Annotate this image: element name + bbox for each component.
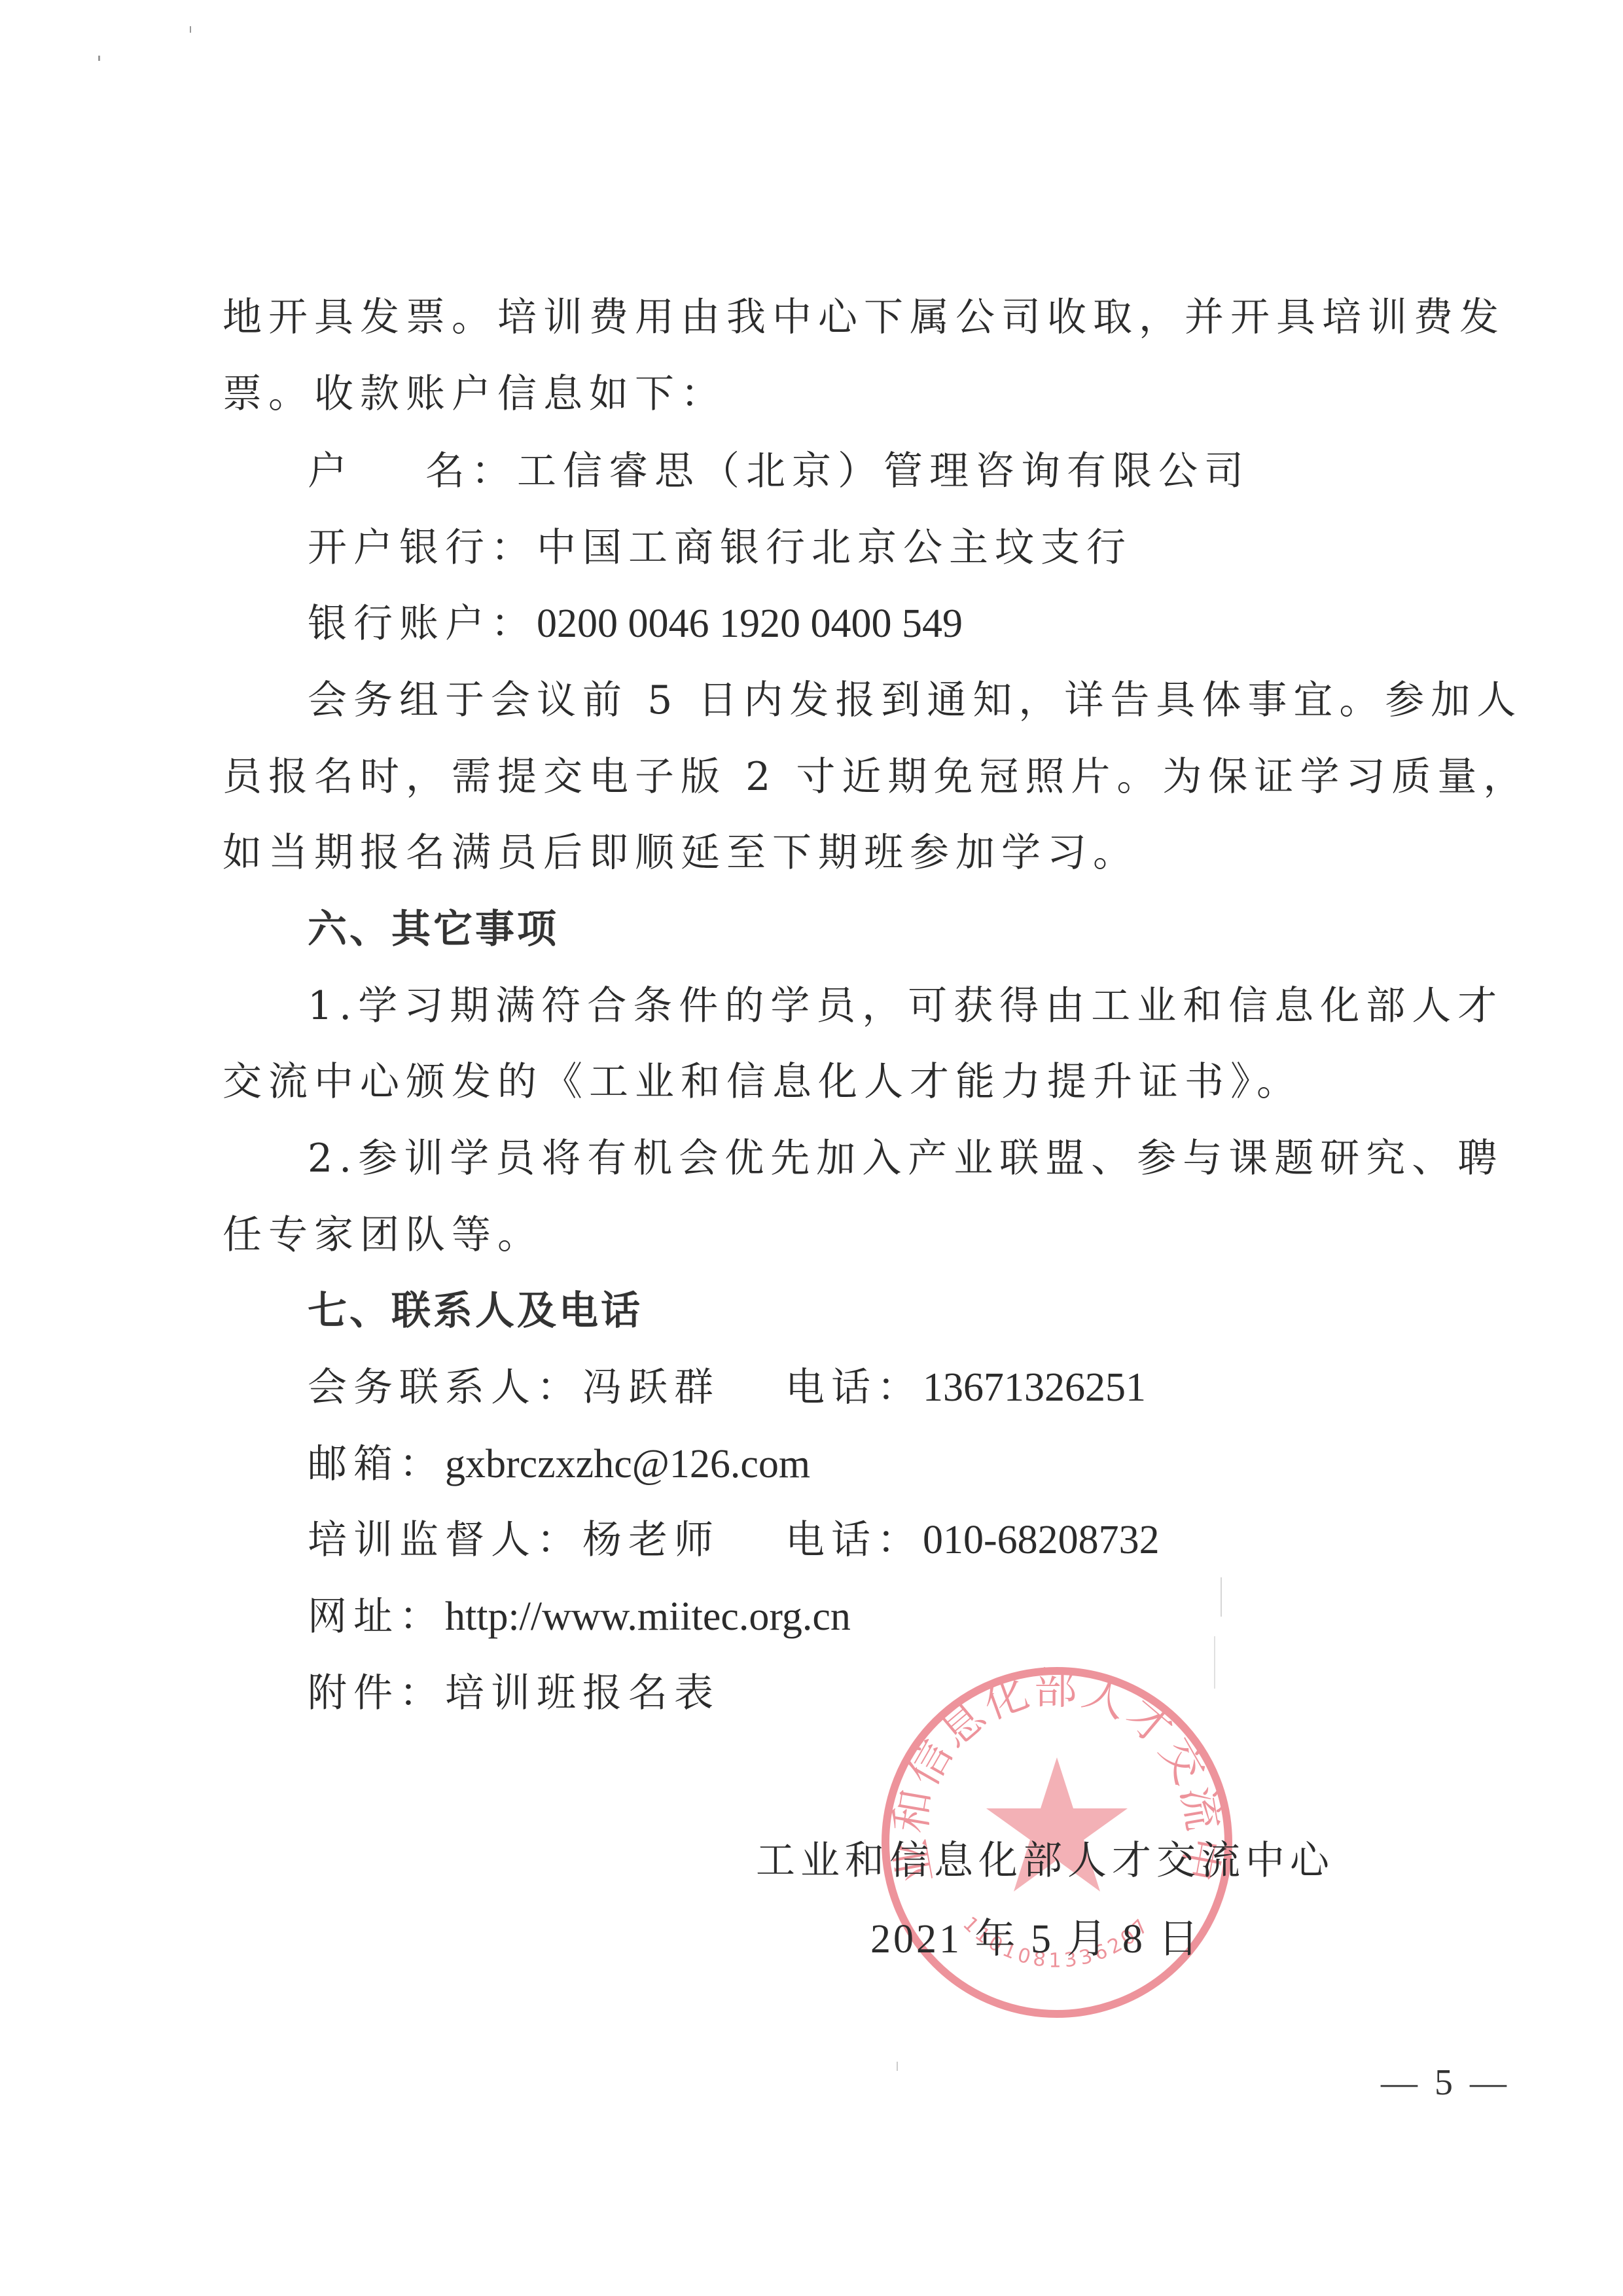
scan-speck bbox=[1214, 1636, 1215, 1689]
page-number: — 5 — bbox=[1381, 2062, 1510, 2104]
paragraph-line: 员报名时，需提交电子版 2 寸近期免冠照片。为保证学习质量， bbox=[223, 757, 1529, 797]
supervisor-row: 培训监督人：杨老师电话：010-68208732 bbox=[308, 1520, 1160, 1560]
attachment-name: 培训班报名表 bbox=[445, 1670, 720, 1716]
account-name-value: 工信睿思（北京）管理咨询有限公司 bbox=[517, 448, 1250, 494]
email-label: 邮箱： bbox=[308, 1441, 445, 1487]
list-item-line: 任专家团队等。 bbox=[223, 1215, 543, 1255]
attachment-row: 附件：培训班报名表 bbox=[308, 1674, 720, 1713]
supervisor-phone: 010-68208732 bbox=[923, 1518, 1160, 1562]
supervisor-label: 培训监督人： bbox=[308, 1517, 582, 1563]
section-heading: 六、其它事项 bbox=[308, 910, 559, 949]
account-number-row: 银行账户：0200 0046 1920 0400 549 bbox=[308, 604, 963, 643]
section-heading: 七、联系人及电话 bbox=[308, 1291, 643, 1331]
bank-row: 开户银行：中国工商银行北京公主坟支行 bbox=[308, 528, 1132, 567]
bank-value: 中国工商银行北京公主坟支行 bbox=[537, 525, 1132, 571]
website-row: 网址：http://www.miitec.org.cn bbox=[308, 1597, 851, 1636]
account-name-label-a: 户 bbox=[308, 448, 353, 494]
email-link[interactable]: gxbrczxzhc@126.com bbox=[445, 1442, 810, 1486]
signature-date: 2021 年 5 月 8 日 bbox=[870, 1906, 1202, 1964]
scan-speck bbox=[98, 56, 100, 61]
email-row: 邮箱：gxbrczxzhc@126.com bbox=[308, 1444, 810, 1484]
attachment-label: 附件： bbox=[308, 1670, 445, 1716]
contact-row: 会务联系人：冯跃群电话：13671326251 bbox=[308, 1368, 1146, 1407]
paragraph-line: 会务组于会议前 5 日内发报到通知，详告具体事宜。参加人 bbox=[308, 681, 1522, 720]
contact-phone-label: 电话： bbox=[785, 1365, 923, 1410]
contact-label: 会务联系人： bbox=[308, 1365, 582, 1410]
account-name-label-b: 名： bbox=[425, 448, 517, 494]
account-name-row: 户名：工信睿思（北京）管理咨询有限公司 bbox=[308, 452, 1250, 491]
contact-name: 冯跃群 bbox=[582, 1365, 720, 1410]
list-item-line: 2.参训学员将有机会优先加入产业联盟、参与课题研究、聘 bbox=[308, 1139, 1503, 1178]
website-link[interactable]: http://www.miitec.org.cn bbox=[445, 1594, 851, 1639]
signature-organization: 工业和信息化部人才交流中心 bbox=[756, 1829, 1334, 1886]
supervisor-name: 杨老师 bbox=[582, 1517, 720, 1563]
scan-speck bbox=[190, 26, 191, 33]
website-label: 网址： bbox=[308, 1594, 445, 1640]
scan-speck bbox=[1221, 1577, 1222, 1617]
scan-speck bbox=[897, 2062, 898, 2071]
contact-phone: 13671326251 bbox=[923, 1365, 1146, 1410]
document-page: 地开具发票。培训费用由我中心下属公司收取，并开具培训费发 票。收款账户信息如下：… bbox=[0, 0, 1623, 2296]
paragraph-line: 如当期报名满员后即顺延至下期班参加学习。 bbox=[223, 833, 1139, 872]
list-item-line: 交流中心颁发的《工业和信息化人才能力提升证书》。 bbox=[223, 1062, 1302, 1102]
list-item-line: 1.学习期满符合条件的学员，可获得由工业和信息化部人才 bbox=[308, 986, 1503, 1026]
paragraph-line: 票。收款账户信息如下： bbox=[223, 374, 726, 414]
bank-label: 开户银行： bbox=[308, 525, 537, 571]
paragraph-line: 地开具发票。培训费用由我中心下属公司收取，并开具培训费发 bbox=[223, 298, 1505, 337]
account-number-label: 银行账户： bbox=[308, 601, 537, 647]
account-number-value: 0200 0046 1920 0400 549 bbox=[537, 601, 963, 646]
supervisor-phone-label: 电话： bbox=[785, 1517, 923, 1563]
